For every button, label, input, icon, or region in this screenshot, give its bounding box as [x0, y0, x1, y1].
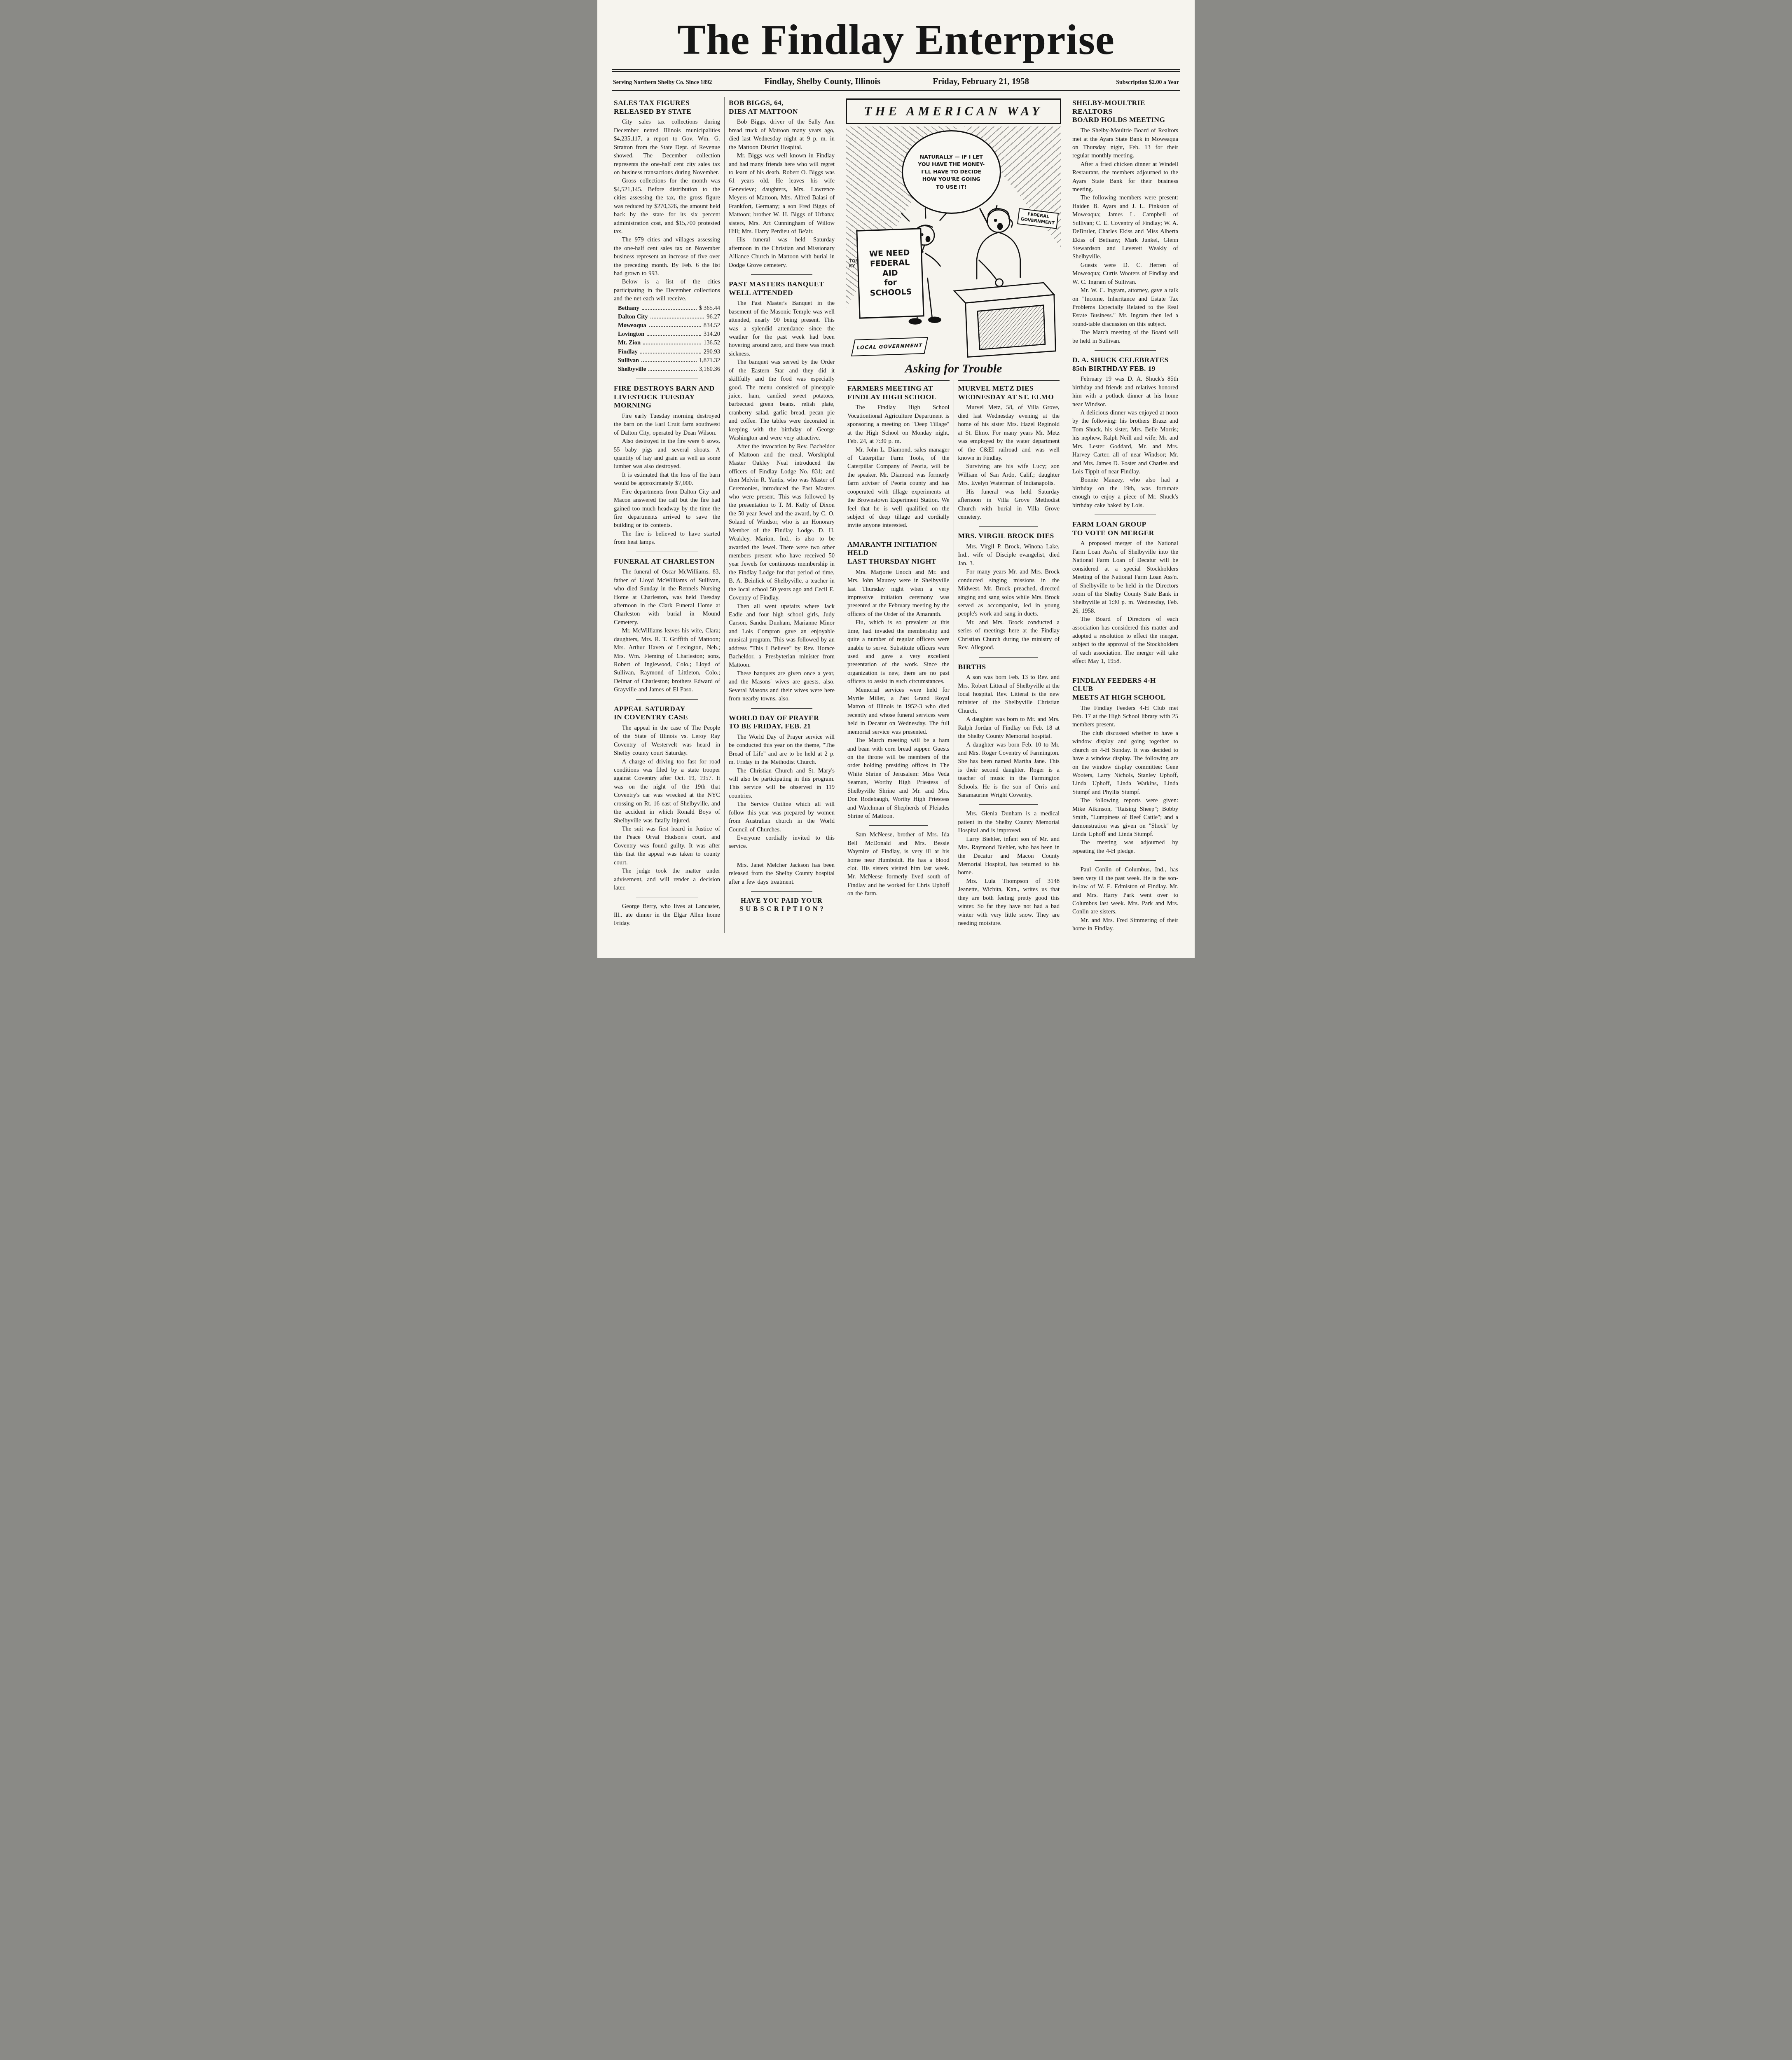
- article-paragraph: The Christian Church and St. Mary's will…: [729, 767, 835, 801]
- headline-bob-biggs: BOB BIGGS, 64, DIES AT MATTOON: [729, 98, 835, 115]
- article-paragraph: The club discussed whether to have a win…: [1072, 729, 1178, 796]
- headline-births: BIRTHS: [958, 662, 1060, 671]
- filler-item: Mrs. Glenia Dunham is a medical patient …: [958, 810, 1060, 835]
- cartoon-drawing: NATURALLY — IF I LET YOU HAVE THE MONEY-…: [846, 126, 1061, 359]
- article-paragraph: The judge took the matter under adviseme…: [614, 867, 720, 892]
- list-item: Findlay290.93: [614, 348, 720, 356]
- article-paragraph: His funeral was held Saturday afternoon …: [729, 236, 835, 269]
- dateline: Serving Northern Shelby Co. Since 1892 F…: [610, 72, 1182, 90]
- tax-collection-list: Bethany$ 365.44 Dalton City96.27 Moweaqu…: [614, 304, 720, 374]
- filler-item: Mrs. Lula Thompson of 3148 Jeanette, Wic…: [958, 877, 1060, 928]
- dotted-leader: [648, 370, 697, 371]
- headline-farm-loan-merger: FARM LOAN GROUP TO VOTE ON MERGER: [1072, 520, 1178, 537]
- article-separator: [1095, 860, 1156, 861]
- article-paragraph: Flu, which is so prevalent at this time,…: [847, 618, 950, 686]
- article-paragraph: The banquet was served by the Order of t…: [729, 358, 835, 442]
- article-paragraph: A charge of driving too fast for road co…: [614, 758, 720, 825]
- dateline-tagline: Serving Northern Shelby Co. Since 1892: [613, 80, 737, 86]
- dateline-rule: [612, 90, 1180, 91]
- article-paragraph: Fire early Tuesday morning destroyed the…: [614, 412, 720, 437]
- column-1: SALES TAX FIGURES RELEASED BY STATE City…: [610, 97, 724, 933]
- list-item: Shelbyville3,160.36: [614, 365, 720, 374]
- article-paragraph: The Service Outline which all will follo…: [729, 800, 835, 834]
- filler-item: Mr. and Mrs. Fred Simmering of their hom…: [1072, 916, 1178, 933]
- speech-bubble: NATURALLY — IF I LET YOU HAVE THE MONEY-…: [902, 130, 1001, 214]
- article-paragraph: The Shelby-Moultrie Board of Realtors me…: [1072, 126, 1178, 160]
- cartoonist-signature: TON KY: [849, 259, 859, 269]
- column-5: SHELBY-MOULTRIE REALTORS BOARD HOLDS MEE…: [1068, 97, 1182, 933]
- filler-item: Sam McNeese, brother of Mrs. Ida Bell Mc…: [847, 831, 950, 898]
- dotted-leader: [640, 353, 701, 353]
- article-separator: [636, 379, 698, 379]
- article-paragraph: Bob Biggs, driver of the Sally Ann bread…: [729, 118, 835, 152]
- article-separator: [869, 535, 928, 535]
- dotted-leader: [643, 344, 701, 344]
- dotted-leader: [649, 326, 701, 327]
- dateline-location: Findlay, Shelby County, Illinois: [737, 76, 907, 87]
- article-paragraph: Fire departments from Dalton City and Ma…: [614, 488, 720, 530]
- article-separator: [979, 657, 1038, 658]
- article-paragraph: A son was born Feb. 13 to Rev. and Mrs. …: [958, 673, 1060, 715]
- article-paragraph: The fire is believed to have started fro…: [614, 530, 720, 547]
- article-paragraph: Then all went upstairs where Jack Eadie …: [729, 602, 835, 669]
- article-paragraph: Memorial services were held for Myrtle M…: [847, 686, 950, 737]
- headline-amaranth-initiation: AMARANTH INITIATION HELD LAST THURSDAY N…: [847, 540, 950, 566]
- list-item: Lovington314.20: [614, 330, 720, 339]
- filler-item: George Berry, who lives at Lancaster, Il…: [614, 902, 720, 927]
- article-paragraph: The Findlay Feeders 4-H Club met Feb. 17…: [1072, 704, 1178, 729]
- article-paragraph: After a fried chicken dinner at Windell …: [1072, 160, 1178, 194]
- article-paragraph: February 19 was D. A. Shuck's 85th birth…: [1072, 375, 1178, 409]
- article-paragraph: Mrs. Virgil P. Brock, Winona Lake, Ind.,…: [958, 543, 1060, 568]
- article-paragraph: The following members were present: Haid…: [1072, 194, 1178, 261]
- article-paragraph: For many years Mr. and Mrs. Brock conduc…: [958, 568, 1060, 618]
- article-separator: [869, 825, 928, 826]
- headline-realtors-meeting: SHELBY-MOULTRIE REALTORS BOARD HOLDS MEE…: [1072, 98, 1178, 124]
- list-item: Mt. Zion136.52: [614, 339, 720, 347]
- column-2: BOB BIGGS, 64, DIES AT MATTOON Bob Biggs…: [724, 97, 839, 933]
- article-paragraph: Mr. McWilliams leaves his wife, Clara; d…: [614, 627, 720, 694]
- protest-sign: WE NEED FEDERAL AID for SCHOOLS: [856, 228, 924, 318]
- subscription-promo: HAVE YOU PAID YOUR S U B S C R I P T I O…: [729, 897, 835, 913]
- filler-item: Larry Biehler, infant son of Mr. and Mrs…: [958, 835, 1060, 877]
- official-figure: [977, 208, 1020, 286]
- article-separator: [751, 891, 812, 892]
- column-3: FARMERS MEETING AT FINDLAY HIGH SCHOOL T…: [843, 380, 954, 927]
- dotted-leader: [647, 335, 701, 336]
- article-paragraph: Mr. W. C. Ingram, attorney, gave a talk …: [1072, 286, 1178, 328]
- article-paragraph: Mr. Biggs was well known in Findlay and …: [729, 152, 835, 236]
- list-item: Bethany$ 365.44: [614, 304, 720, 313]
- cartoon-title: THE AMERICAN WAY: [846, 98, 1061, 124]
- article-paragraph: The World Day of Prayer service will be …: [729, 733, 835, 767]
- filler-item: Paul Conlin of Columbus, Ind., has been …: [1072, 866, 1178, 916]
- article-paragraph: The 979 cities and villages assessing th…: [614, 236, 720, 278]
- article-paragraph: The March meeting of the Board will be h…: [1072, 328, 1178, 345]
- article-separator: [751, 274, 812, 275]
- article-paragraph: The funeral of Oscar McWilliams, 83, fat…: [614, 568, 720, 627]
- article-paragraph: A proposed merger of the National Farm L…: [1072, 539, 1178, 615]
- column-rule: [958, 380, 1060, 381]
- article-paragraph: Guests were D. C. Herren of Moweaqua; Cu…: [1072, 261, 1178, 286]
- article-paragraph: Mrs. Marjorie Enoch and Mr. and Mrs. Joh…: [847, 568, 950, 619]
- article-separator: [979, 526, 1038, 527]
- article-paragraph: It is estimated that the loss of the bar…: [614, 471, 720, 488]
- article-paragraph: After the invocation by Rev. Bacheldor o…: [729, 442, 835, 602]
- article-paragraph: The Findlay High School Vocationtional A…: [847, 403, 950, 445]
- center-section: THE AMERICAN WAY: [839, 97, 1068, 933]
- dateline-date: Friday, February 21, 1958: [907, 76, 1054, 87]
- headline-past-masters-banquet: PAST MASTERS BANQUET WELL ATTENDED: [729, 280, 835, 297]
- article-paragraph: A delicious dinner was enjoyed at noon b…: [1072, 409, 1178, 476]
- headline-mrs-virgil-brock: MRS. VIRGIL BROCK DIES: [958, 531, 1060, 540]
- headline-murvel-metz: MURVEL METZ DIES WEDNESDAY AT ST. ELMO: [958, 384, 1060, 401]
- dotted-leader: [650, 318, 704, 318]
- headline-findlay-feeders-4h: FINDLAY FEEDERS 4-H CLUB MEETS AT HIGH S…: [1072, 676, 1178, 702]
- article-separator: [979, 804, 1038, 805]
- article-paragraph: Murvel Metz, 58, of Villa Grove, died la…: [958, 403, 1060, 462]
- headline-funeral-charleston: FUNERAL AT CHARLESTON: [614, 557, 720, 566]
- article-paragraph: Surviving are his wife Lucy; son William…: [958, 462, 1060, 487]
- column-rule: [847, 380, 950, 381]
- lower-center-columns: FARMERS MEETING AT FINDLAY HIGH SCHOOL T…: [843, 380, 1064, 927]
- column-4: MURVEL METZ DIES WEDNESDAY AT ST. ELMO M…: [954, 380, 1064, 927]
- article-separator: [636, 897, 698, 897]
- list-item: Sullivan1,871.32: [614, 356, 720, 365]
- article-separator: [1095, 350, 1156, 351]
- article-separator: [1095, 515, 1156, 515]
- local-government-mat: LOCAL GOVERNMENT: [851, 337, 928, 356]
- article-separator: [751, 708, 812, 709]
- desk: [954, 283, 1055, 357]
- article-paragraph: These banquets are given once a year, an…: [729, 669, 835, 703]
- article-paragraph: The following reports were given: Mike A…: [1072, 796, 1178, 838]
- article-paragraph: The meeting was adjourned by repeating t…: [1072, 838, 1178, 855]
- article-paragraph: The appeal in the case of The People of …: [614, 724, 720, 758]
- article-paragraph: Below is a list of the cities participat…: [614, 278, 720, 303]
- article-paragraph: The Board of Directors of each associati…: [1072, 615, 1178, 666]
- headline-sales-tax: SALES TAX FIGURES RELEASED BY STATE: [614, 98, 720, 115]
- article-paragraph: Bonnie Mauzey, who also had a birthday o…: [1072, 476, 1178, 510]
- headline-appeal-coventry: APPEAL SATURDAY IN COVENTRY CASE: [614, 705, 720, 721]
- newspaper-page: The Findlay Enterprise Serving Northern …: [597, 0, 1195, 958]
- dotted-leader: [641, 361, 697, 362]
- column-layout: SALES TAX FIGURES RELEASED BY STATE City…: [610, 97, 1182, 933]
- article-separator: [636, 699, 698, 700]
- article-paragraph: The Past Master's Banquet in the basemen…: [729, 299, 835, 358]
- article-paragraph: Mr. John L. Diamond, sales manager of Ca…: [847, 446, 950, 530]
- headline-fire-destroys-barn: FIRE DESTROYS BARN AND LIVESTOCK TUESDAY…: [614, 384, 720, 410]
- headline-farmers-meeting: FARMERS MEETING AT FINDLAY HIGH SCHOOL: [847, 384, 950, 401]
- dateline-subscription: Subscription $2.00 a Year: [1055, 80, 1179, 86]
- cartoon-caption: Asking for Trouble: [844, 362, 1063, 376]
- editorial-cartoon: THE AMERICAN WAY: [844, 98, 1063, 376]
- article-paragraph: Mr. and Mrs. Brock conducted a series of…: [958, 618, 1060, 652]
- headline-shuck-birthday: D. A. SHUCK CELEBRATES 85th BIRTHDAY FEB…: [1072, 356, 1178, 372]
- newspaper-title: The Findlay Enterprise: [610, 17, 1182, 62]
- article-separator: [751, 856, 812, 856]
- headline-world-day-of-prayer: WORLD DAY OF PRAYER TO BE FRIDAY, FEB. 2…: [729, 714, 835, 730]
- list-item: Moweaqua834.52: [614, 321, 720, 330]
- article-paragraph: A daughter was born to Mr. and Mrs. Ralp…: [958, 715, 1060, 740]
- article-paragraph: City sales tax collections during Decemb…: [614, 118, 720, 177]
- article-separator: [1095, 671, 1156, 671]
- dotted-leader: [642, 309, 697, 310]
- article-paragraph: A daughter was born Feb. 10 to Mr. and M…: [958, 741, 1060, 800]
- list-item: Dalton City96.27: [614, 313, 720, 321]
- article-paragraph: The March meeting will be a ham and bean…: [847, 736, 950, 820]
- filler-item: Mrs. Janet Melcher Jackson has been rele…: [729, 861, 835, 886]
- article-paragraph: Gross collections for the month was $4,5…: [614, 177, 720, 236]
- masthead: The Findlay Enterprise: [610, 10, 1182, 62]
- masthead-rule: [612, 69, 1180, 72]
- article-paragraph: The suit was first heard in Justice of t…: [614, 825, 720, 867]
- article-separator: [636, 552, 698, 552]
- article-paragraph: His funeral was held Saturday afternoon …: [958, 488, 1060, 522]
- article-paragraph: Everyone cordially invited to this servi…: [729, 834, 835, 851]
- article-paragraph: Also destroyed in the fire were 6 sows, …: [614, 437, 720, 471]
